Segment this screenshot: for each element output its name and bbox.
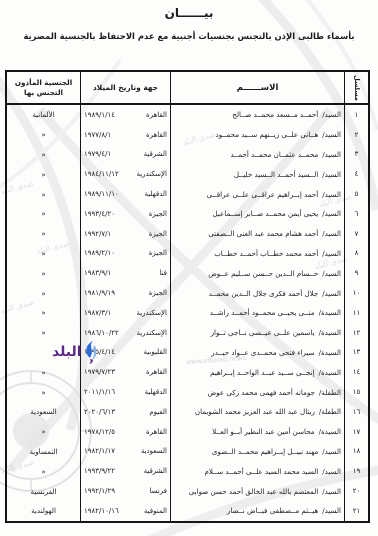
- table-row: ٢٠ السيد/ المعتصم بالله عبد الخالق أحمد …: [7, 481, 368, 501]
- row-nationality: »: [7, 204, 80, 224]
- row-birth-date: ١٩٩٢/١/٢٩: [84, 487, 115, 495]
- row-birth-place: القليوبية: [144, 348, 167, 356]
- row-name-title: السيد/: [322, 110, 341, 119]
- row-birth-place: الإسكندرية: [136, 309, 167, 317]
- row-name: السيد/ جلال أحمد فكرى جلال الــدين محمــ…: [170, 283, 344, 303]
- row-name-title: السيد/: [322, 190, 341, 199]
- row-birth-date: ١٩٨٦/١٠/٢٢: [84, 329, 119, 337]
- row-name: السيد/ أحمد إبــراهيم عراقــى علــى عراق…: [170, 184, 344, 204]
- row-nationality: »: [7, 263, 80, 283]
- row-serial: ٤: [344, 164, 368, 184]
- row-name: الطفلة/ ريتال عبد الله عبد العزيز محمد ا…: [170, 402, 344, 422]
- row-birth-place: القاهرة: [146, 131, 167, 139]
- row-birth-place: الشرقية: [144, 467, 167, 475]
- row-name-title: السيد/: [322, 506, 341, 515]
- table-row: ٤ السيد/ الــسيد أحمــد الــسيد خليــل ا…: [7, 164, 368, 184]
- row-name-title: السيد/: [322, 209, 341, 218]
- row-name-title: السيد/: [322, 447, 341, 456]
- row-birth: الجيزة ١٩٨٩/٢/١٠: [80, 244, 170, 264]
- row-name-text: مهند نبيــل إبــراهيم محمــد الــضوى: [212, 447, 318, 456]
- row-serial: ١٨: [344, 442, 368, 462]
- row-name: السيد/ السيد محمد السيد علــى أحمــد ســ…: [170, 461, 344, 481]
- row-name-title: السيدة/: [319, 348, 341, 357]
- row-nationality: »: [7, 125, 80, 145]
- row-name-title: السيدة/: [319, 308, 341, 317]
- row-birth-date: ١٩٧٧/٨/١: [84, 131, 111, 139]
- table-row: ١٩ السيد/ السيد محمد السيد علــى أحمــد …: [7, 461, 368, 481]
- table-row: ١٥ الطفلة/ جومانه أحمد فهمى محمد زكى عوض…: [7, 382, 368, 402]
- row-serial: ١٣: [344, 343, 368, 363]
- row-birth: السعودية ١٩٨٢/١/١٧: [80, 442, 170, 462]
- row-name-title: السيد/: [322, 487, 341, 496]
- row-serial: ١٠: [344, 283, 368, 303]
- row-name-title: السيد/: [322, 229, 341, 238]
- row-name-title: السيد/: [322, 150, 341, 159]
- row-name-title: السيد/: [322, 170, 341, 179]
- row-serial: ١: [344, 105, 368, 125]
- row-name: السيد/ هــانى علــى زيــنهم ســيد محمــو…: [170, 125, 344, 145]
- table-row: ٩ السيد/ حــسام الــدين حــسن ســليم عــ…: [7, 263, 368, 283]
- table-body: ١ السيد/ أحمــد مــسعد محمــد صــالح الق…: [7, 105, 368, 521]
- flame-icon: [84, 339, 98, 365]
- row-name: السيدة/ ياسمين علــى عيــسى نــاجى تــوا…: [170, 323, 344, 343]
- row-nationality: الألمانية: [7, 105, 80, 125]
- row-name-text: حــسام الــدين حــسن ســليم عــوض: [208, 269, 318, 278]
- row-name-title: السيدة/: [319, 368, 341, 377]
- row-serial: ٢: [344, 125, 368, 145]
- row-name-text: منــى يحيــى محمــود أحمــد راشــد: [210, 308, 315, 317]
- row-serial: ٦: [344, 204, 368, 224]
- row-name-text: محمــد عثمــان محمــد أحمــد: [230, 150, 318, 159]
- row-birth: الشرقية ١٩٩٣/٩/٢٢: [80, 461, 170, 481]
- row-birth-date: ٢٠٢٠/٦/١٣: [84, 408, 115, 416]
- row-nationality: »: [7, 422, 80, 442]
- row-birth-date: ١٩٩٣/٩/٢٢: [84, 467, 115, 475]
- row-serial: ١٥: [344, 382, 368, 402]
- table-row: ١٦ الطفلة/ ريتال عبد الله عبد العزيز محم…: [7, 402, 368, 422]
- row-birth-place: الشرقية: [144, 150, 167, 158]
- row-name-text: جلال أحمد فكرى جلال الــدين محمــد: [209, 289, 319, 298]
- col-header-nationality-line1: الجنسية المأذون: [15, 78, 72, 87]
- row-serial: ١١: [344, 303, 368, 323]
- row-birth-place: الدقهلية: [144, 388, 167, 396]
- row-birth: فرنسا ١٩٩٢/١/٢٩: [80, 481, 170, 501]
- col-header-name: الاســــــم: [170, 72, 344, 105]
- row-name: السيد/ محمــد عثمــان محمــد أحمــد: [170, 145, 344, 165]
- row-birth-date: ١٩٩٣/٤/٢٠: [84, 210, 115, 218]
- row-name: السيد/ الــسيد أحمــد الــسيد خليــل: [170, 164, 344, 184]
- row-name-text: أحمــد مــسعد محمــد صــالح: [232, 110, 318, 119]
- row-birth: الإسكندرية ١٩٨٤/١١/١٢: [80, 164, 170, 184]
- row-birth-place: قنا: [159, 269, 167, 277]
- row-birth-date: ١٩٨٩/١١/١٠: [84, 190, 119, 198]
- row-serial: ١٧: [344, 422, 368, 442]
- row-name-title: السيد/: [322, 249, 341, 258]
- row-birth-place: الجيزة: [149, 249, 167, 257]
- row-name-text: محاسن أمين عبد النظير أبــو العــلا: [212, 427, 314, 436]
- row-name: السيدة/ منــى يحيــى محمــود أحمــد راشـ…: [170, 303, 344, 323]
- table-row: ٨ السيد/ أحمد محمد خطــاب أحمــد خطــاب …: [7, 244, 368, 264]
- row-nationality: »: [7, 461, 80, 481]
- row-birth-place: فرنسا: [149, 487, 167, 495]
- row-birth-place: الجيزة: [149, 289, 167, 297]
- row-birth-date: ١٩٨١/٩/١٩: [84, 289, 115, 297]
- row-birth-place: الجيزة: [149, 230, 167, 238]
- row-serial: ٢٠: [344, 481, 368, 501]
- row-birth-place: الإسكندرية: [136, 329, 167, 337]
- row-birth: القاهرة ١٩٧٨/١٢/٥: [80, 422, 170, 442]
- col-header-serial: مسلسل: [344, 72, 368, 105]
- col-header-serial-label: مسلسل: [353, 75, 361, 101]
- row-serial: ٥: [344, 184, 368, 204]
- row-name-title: الطفلة/: [319, 407, 341, 416]
- row-name-title: الطفلة/: [319, 388, 341, 397]
- row-birth: القاهرة ١٩٧٩/٧/٢٣: [80, 362, 170, 382]
- row-nationality: النمساوية: [7, 442, 80, 462]
- row-birth-place: الفيوم: [149, 408, 167, 416]
- row-birth: الإسكندرية ١٩٨٧/٣/١: [80, 303, 170, 323]
- row-birth: القاهرة ١٩٧٧/٨/١: [80, 125, 170, 145]
- row-name-text: هــانى علــى زيــنهم ســيد محمــود: [216, 130, 319, 139]
- row-name: السيد/ يحيى أيمن محمــد صــابر إســماعيل: [170, 204, 344, 224]
- table-row: ١٧ السيدة/ محاسن أمين عبد النظير أبــو ا…: [7, 422, 368, 442]
- row-birth-place: السعودية: [141, 447, 167, 455]
- row-birth-date: ١٩٨٤/١١/١٢: [84, 170, 119, 178]
- row-name-text: أحمد محمد خطــاب أحمــد خطــاب: [214, 249, 318, 258]
- row-name-text: ياسمين علــى عيــسى نــاجى تــوار: [211, 328, 315, 337]
- row-name-title: السيد/: [322, 130, 341, 139]
- table-row: ٢١ السيد/ هيــثم مــصطفى فيــاض نــصار ا…: [7, 501, 368, 521]
- row-name: السيد/ أحمد محمد خطــاب أحمــد خطــاب: [170, 244, 344, 264]
- elbalad-logo-text: البلد: [52, 345, 82, 359]
- col-header-birth: جهة وتاريخ الميلاد: [80, 72, 170, 105]
- row-nationality: »: [7, 184, 80, 204]
- row-name-title: السيد/: [322, 269, 341, 278]
- row-name: السيدة/ سيراء فتحى محمــدى عــواد حيــدر: [170, 343, 344, 363]
- row-nationality: »: [7, 283, 80, 303]
- row-birth: الفيوم ٢٠٢٠/٦/١٣: [80, 402, 170, 422]
- row-birth-date: ٢٠١١/١/١٦: [84, 388, 115, 396]
- row-nationality: الفرنسية: [7, 481, 80, 501]
- row-name-text: سيراء فتحى محمــدى عــواد حيــدر: [211, 348, 314, 357]
- table-row: ١ السيد/ أحمــد مــسعد محمــد صــالح الق…: [7, 105, 368, 125]
- row-serial: ٣: [344, 145, 368, 165]
- row-nationality: الهولندية: [7, 501, 80, 521]
- row-birth-date: ١٩٩٢/٧/١: [84, 230, 111, 238]
- table-row: ١١ السيدة/ منــى يحيــى محمــود أحمــد ر…: [7, 303, 368, 323]
- page-subtitle: بأسماء طالبى الإذن بالتجنس بجنسيات أجنبي…: [0, 31, 378, 41]
- row-birth: الدقهلية ١٩٨٩/١١/١٠: [80, 184, 170, 204]
- row-birth-date: ١٩٨٣/٩/١: [84, 269, 111, 277]
- table-row: ١٤ السيدة/ إنجــى ســيد عبــد الواحــد إ…: [7, 362, 368, 382]
- row-name-title: السيد/: [322, 467, 341, 476]
- row-birth-date: ١٩٧٩/٤/١: [84, 150, 111, 158]
- row-name: السيد/ أحمد هشام محمد عبد الغنى الــصفتى: [170, 224, 344, 244]
- row-name: السيد/ حــسام الــدين حــسن ســليم عــوض: [170, 263, 344, 283]
- table-row: ٧ السيد/ أحمد هشام محمد عبد الغنى الــصف…: [7, 224, 368, 244]
- row-serial: ٧: [344, 224, 368, 244]
- row-serial: ٩: [344, 263, 368, 283]
- row-nationality: »: [7, 224, 80, 244]
- row-name-text: إنجــى ســيد عبــد الواحــد إبــراهيم: [210, 368, 314, 377]
- row-birth-date: ١٩٨٢/١٠/١٦: [84, 507, 119, 515]
- row-nationality: »: [7, 303, 80, 323]
- row-nationality: »: [7, 382, 80, 402]
- naturalization-table: مسلسل الاســــــم جهة وتاريخ الميلاد الج…: [5, 70, 370, 523]
- row-birth-place: الإسكندرية: [136, 170, 167, 178]
- row-serial: ٨: [344, 244, 368, 264]
- row-nationality: »: [7, 362, 80, 382]
- table-header-row: مسلسل الاســــــم جهة وتاريخ الميلاد الج…: [7, 72, 368, 105]
- row-birth: الجيزة ١٩٩٣/٤/٢٠: [80, 204, 170, 224]
- row-birth: الجيزة ١٩٩٢/٧/١: [80, 224, 170, 244]
- table-row: ٦ السيد/ يحيى أيمن محمــد صــابر إســماع…: [7, 204, 368, 224]
- col-header-nationality: الجنسية المأذون التجنس بها: [7, 72, 80, 105]
- row-nationality: »: [7, 145, 80, 165]
- row-birth: القاهرة ١٩٨٩/١/١٤: [80, 105, 170, 125]
- page-title: بيــــــان: [0, 6, 378, 20]
- row-nationality: »: [7, 244, 80, 264]
- row-name-text: هيــثم مــصطفى فيــاض نــصار: [227, 506, 318, 515]
- row-birth-place: القاهرة: [146, 368, 167, 376]
- row-name-text: يحيى أيمن محمــد صــابر إســماعيل: [213, 209, 319, 218]
- row-serial: ١٩: [344, 461, 368, 481]
- row-nationality: »: [7, 164, 80, 184]
- row-name: السيد/ هيــثم مــصطفى فيــاض نــصار: [170, 501, 344, 521]
- elbalad-logo: البلد: [52, 339, 98, 365]
- row-birth-date: ١٩٨٩/١/١٤: [84, 111, 115, 119]
- row-birth: قنا ١٩٨٣/٩/١: [80, 263, 170, 283]
- row-birth-place: القاهرة: [146, 111, 167, 119]
- row-name-text: أحمد هشام محمد عبد الغنى الــصفتى: [208, 229, 318, 238]
- row-birth-date: ١٩٨٩/٢/١٠: [84, 249, 115, 257]
- row-name: السيد/ مهند نبيــل إبــراهيم محمــد الــ…: [170, 442, 344, 462]
- row-name: السيدة/ إنجــى ســيد عبــد الواحــد إبــ…: [170, 362, 344, 382]
- table-row: ٢ السيد/ هــانى علــى زيــنهم ســيد محمـ…: [7, 125, 368, 145]
- row-birth-place: الجيزة: [149, 210, 167, 218]
- row-name-title: السيد/: [322, 289, 341, 298]
- row-serial: ١٤: [344, 362, 368, 382]
- row-serial: ٢١: [344, 501, 368, 521]
- row-birth: الدقهلية ٢٠١١/١/١٦: [80, 382, 170, 402]
- row-name: السيد/ أحمــد مــسعد محمــد صــالح: [170, 105, 344, 125]
- table-row: ٣ السيد/ محمــد عثمــان محمــد أحمــد ال…: [7, 145, 368, 165]
- row-name-text: المعتصم بالله عبد الخالق أحمد حسن صوابى: [189, 487, 319, 496]
- row-birth-place: الدقهلية: [144, 190, 167, 198]
- row-birth-place: القاهرة: [146, 428, 167, 436]
- row-serial: ١٢: [344, 323, 368, 343]
- col-header-nationality-line2: التجنس بها: [24, 88, 63, 97]
- row-name-text: ريتال عبد الله عبد العزيز محمد الشويمان: [195, 407, 315, 416]
- row-birth-date: ١٩٨٧/٣/١: [84, 309, 111, 317]
- row-name-text: جومانه أحمد فهمى محمد زكى عوض: [208, 388, 315, 397]
- row-birth: الشرقية ١٩٧٩/٤/١: [80, 145, 170, 165]
- table-row: ١٠ السيد/ جلال أحمد فكرى جلال الــدين مح…: [7, 283, 368, 303]
- row-serial: ١٦: [344, 402, 368, 422]
- row-name-text: أحمد إبــراهيم عراقــى علــى عراقــى: [207, 190, 319, 199]
- row-birth-date: ١٩٧٩/٧/٢٣: [84, 368, 115, 376]
- row-name-text: الــسيد أحمــد الــسيد خليــل: [234, 170, 318, 179]
- row-nationality: السعودية: [7, 402, 80, 422]
- row-birth: المنوفية ١٩٨٢/١٠/١٦: [80, 501, 170, 521]
- document-page: صدى البلد صدى البلد صدى البلد صدى البلد …: [0, 0, 378, 536]
- row-birth-date: ١٩٨٢/١/١٧: [84, 447, 115, 455]
- row-birth-place: المنوفية: [144, 507, 167, 515]
- table-row: ١٨ السيد/ مهند نبيــل إبــراهيم محمــد ا…: [7, 442, 368, 462]
- row-birth-date: ١٩٧٨/١٢/٥: [84, 428, 115, 436]
- row-name-text: السيد محمد السيد علــى أحمــد ســلام: [204, 467, 318, 476]
- row-name: السيدة/ محاسن أمين عبد النظير أبــو العـ…: [170, 422, 344, 442]
- row-name: السيد/ المعتصم بالله عبد الخالق أحمد حسن…: [170, 481, 344, 501]
- row-name: الطفلة/ جومانه أحمد فهمى محمد زكى عوض: [170, 382, 344, 402]
- row-name-title: السيدة/: [319, 328, 341, 337]
- row-name-title: السيدة/: [319, 427, 341, 436]
- row-birth: الجيزة ١٩٨١/٩/١٩: [80, 283, 170, 303]
- table-row: ٥ السيد/ أحمد إبــراهيم عراقــى علــى عر…: [7, 184, 368, 204]
